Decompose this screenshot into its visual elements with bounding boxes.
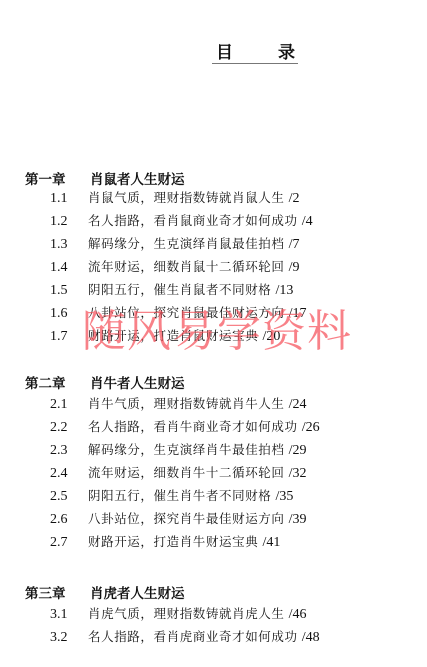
title-char-1: 目 xyxy=(216,38,233,63)
toc-entry[interactable]: 2.5阴阳五行，催生肖牛者不同财格 /35 xyxy=(50,486,293,506)
entry-text: 名人指路，看肖虎商业奇才如何成功 xyxy=(88,629,298,644)
entry-page: /32 xyxy=(289,466,307,481)
entry-page: /48 xyxy=(302,630,320,645)
entry-text: 名人指路，看肖牛商业奇才如何成功 xyxy=(88,419,298,434)
entry-number: 1.1 xyxy=(50,189,88,209)
entry-text: 阴阳五行，催生肖鼠者不同财格 xyxy=(88,282,271,297)
entry-text: 肖虎气质，理财指数铸就肖虎人生 xyxy=(88,606,285,621)
entry-page: /13 xyxy=(276,283,294,298)
entry-page: /35 xyxy=(276,489,294,504)
entry-page: /39 xyxy=(289,512,307,527)
entry-text: 肖牛气质，理财指数铸就肖牛人生 xyxy=(88,396,285,411)
toc-entry[interactable]: 1.2名人指路，看肖鼠商业奇才如何成功 /4 xyxy=(50,211,313,231)
toc-entry[interactable]: 2.2名人指路，看肖牛商业奇才如何成功 /26 xyxy=(50,417,320,437)
entry-number: 3.2 xyxy=(50,628,88,648)
entry-text: 流年财运，细数肖鼠十二循环轮回 xyxy=(88,259,285,274)
entry-page: /29 xyxy=(289,443,307,458)
chapter-title: 肖牛者人生财运 xyxy=(90,376,185,392)
entry-text: 解码缘分，生克演绎肖牛最佳拍档 xyxy=(88,442,285,457)
chapter-number: 第二章 xyxy=(25,372,90,392)
entry-page: /9 xyxy=(289,260,300,275)
entry-number: 3.1 xyxy=(50,605,88,625)
entry-text: 名人指路，看肖鼠商业奇才如何成功 xyxy=(88,213,298,228)
entry-number: 1.3 xyxy=(50,235,88,255)
entry-number: 2.7 xyxy=(50,533,88,553)
entry-text: 八卦站位，探究肖牛最佳财运方向 xyxy=(88,511,285,526)
entry-page: /24 xyxy=(289,397,307,412)
entry-text: 解码缘分，生克演绎肖鼠最佳拍档 xyxy=(88,236,285,251)
entry-page: /41 xyxy=(262,535,280,550)
entry-number: 2.5 xyxy=(50,487,88,507)
entry-number: 1.4 xyxy=(50,258,88,278)
title-char-2: 录 xyxy=(278,38,295,63)
entry-text: 阴阳五行，催生肖牛者不同财格 xyxy=(88,488,271,503)
entry-text: 流年财运，细数肖牛十二循环轮回 xyxy=(88,465,285,480)
toc-entry[interactable]: 2.7财路开运，打造肖牛财运宝典 /41 xyxy=(50,532,280,552)
chapter-title: 肖鼠者人生财运 xyxy=(90,172,185,188)
toc-title: 目 录 xyxy=(213,38,298,63)
entry-number: 2.4 xyxy=(50,464,88,484)
toc-entry[interactable]: 2.4流年财运，细数肖牛十二循环轮回 /32 xyxy=(50,463,307,483)
entry-page: /26 xyxy=(302,420,320,435)
entry-number: 1.5 xyxy=(50,281,88,301)
title-underline xyxy=(212,63,298,64)
entry-page: /46 xyxy=(289,607,307,622)
toc-entry[interactable]: 3.2名人指路，看肖虎商业奇才如何成功 /48 xyxy=(50,627,320,647)
chapter-heading[interactable]: 第二章肖牛者人生财运 xyxy=(25,372,185,392)
toc-entry[interactable]: 1.5阴阳五行，催生肖鼠者不同财格 /13 xyxy=(50,280,293,300)
entry-page: /2 xyxy=(289,191,300,206)
entry-number: 2.1 xyxy=(50,395,88,415)
entry-number: 2.3 xyxy=(50,441,88,461)
toc-entry[interactable]: 1.3解码缘分，生克演绎肖鼠最佳拍档 /7 xyxy=(50,234,300,254)
toc-entry[interactable]: 2.1肖牛气质，理财指数铸就肖牛人生 /24 xyxy=(50,394,307,414)
toc-entry[interactable]: 2.6八卦站位，探究肖牛最佳财运方向 /39 xyxy=(50,509,307,529)
entry-page: /4 xyxy=(302,214,313,229)
toc-entry[interactable]: 1.1肖鼠气质，理财指数铸就肖鼠人生 /2 xyxy=(50,188,300,208)
chapter-heading[interactable]: 第三章肖虎者人生财运 xyxy=(25,582,185,602)
watermark: 随风易学资料 xyxy=(82,310,352,354)
entry-text: 肖鼠气质，理财指数铸就肖鼠人生 xyxy=(88,190,285,205)
entry-page: /7 xyxy=(289,237,300,252)
toc-entry[interactable]: 1.4流年财运，细数肖鼠十二循环轮回 /9 xyxy=(50,257,300,277)
entry-text: 财路开运，打造肖牛财运宝典 xyxy=(88,534,258,549)
entry-number: 2.2 xyxy=(50,418,88,438)
entry-number: 1.2 xyxy=(50,212,88,232)
chapter-number: 第一章 xyxy=(25,168,90,188)
toc-entry[interactable]: 3.1肖虎气质，理财指数铸就肖虎人生 /46 xyxy=(50,604,307,624)
chapter-number: 第三章 xyxy=(25,582,90,602)
chapter-heading[interactable]: 第一章肖鼠者人生财运 xyxy=(25,168,185,188)
entry-number: 2.6 xyxy=(50,510,88,530)
toc-entry[interactable]: 2.3解码缘分，生克演绎肖牛最佳拍档 /29 xyxy=(50,440,307,460)
chapter-title: 肖虎者人生财运 xyxy=(90,586,185,602)
